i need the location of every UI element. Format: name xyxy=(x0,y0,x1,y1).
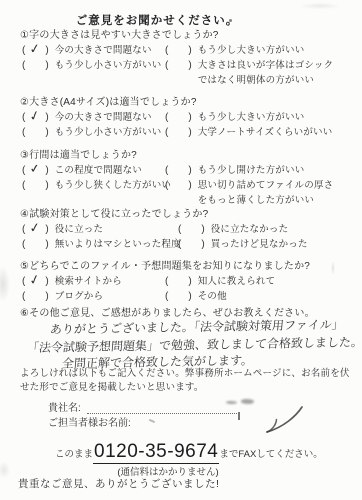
option: ()ブログから xyxy=(22,289,165,304)
option-grid: (✓)役に立った ()役に立たなかった ()無いよりはマシといった程度 ()買っ… xyxy=(20,222,356,252)
paren-close: ) xyxy=(188,110,191,125)
paren-close: ) xyxy=(45,222,48,237)
paren-open: ( xyxy=(22,125,25,140)
scan-smudge xyxy=(238,412,240,420)
paren-open: ( xyxy=(165,163,168,178)
question-heading: ③行間は適当でしょうか? xyxy=(20,148,356,163)
fax-suffix: までFAXしてください。 xyxy=(219,446,322,460)
option-label: もう少し大きい方がいい xyxy=(198,43,305,58)
paren-close: ) xyxy=(45,110,48,125)
paren-open: ( xyxy=(22,58,25,73)
option: (✓)今の大きさで問題ない xyxy=(22,43,165,58)
option: ()その他 xyxy=(165,289,356,304)
fax-number: 0120-35-9674 xyxy=(93,441,219,464)
paren-close: ) xyxy=(188,178,191,193)
option-label: その他 xyxy=(198,289,227,304)
option: ()もう少し狭くした方がいい xyxy=(22,178,165,208)
paren-close: ) xyxy=(188,274,191,289)
paren-close: ) xyxy=(188,289,191,304)
option-label: もう少し小さい方がいい xyxy=(55,58,162,73)
option: ()無いよりはマシといった程度 xyxy=(22,237,178,252)
paren-open: ( xyxy=(165,178,168,193)
paren-close: ) xyxy=(45,237,48,252)
closing-note: よろしければ以下もご記入ください。弊事務所ホームページに、お名前を伏せた形でご意… xyxy=(20,367,356,395)
scan-smudge xyxy=(149,419,155,423)
option: ()もう少し小さい方がいい xyxy=(22,58,165,88)
fax-instruction: このまま 0120-35-9674 までFAXしてください。 xyxy=(55,441,323,464)
option: ()役に立たなかった xyxy=(178,222,356,237)
option-label: 知人に教えられて xyxy=(198,274,276,289)
paren-open: ( xyxy=(22,289,25,304)
option-grid: (✓)今の大きさで問題ない ()もう少し大きい方がいい ()もう少し小さい方がい… xyxy=(20,110,356,140)
paren-open: ( xyxy=(165,274,168,289)
scan-smudge xyxy=(226,401,237,404)
thanks-message: 貴重なご意見、ありがとうございました! xyxy=(18,476,219,491)
option: (✓)今の大きさで問題ない xyxy=(22,110,165,125)
paren-open: ( xyxy=(165,43,168,58)
option: ()もう少し大きい方がいい xyxy=(165,110,356,125)
option-grid: (✓)検索サイトから ()知人に教えられて ()ブログから ()その他 xyxy=(20,274,356,304)
contact-name-row: ご担当者様お名前: xyxy=(48,414,131,429)
option-label: 無いよりはマシといった程度 xyxy=(55,237,181,252)
paren-close: ) xyxy=(188,163,191,178)
question-heading: ④試験対策として役に立ったでしょうか? xyxy=(20,207,356,222)
question-block-4: ④試験対策として役に立ったでしょうか? (✓)役に立った ()役に立たなかった … xyxy=(20,207,356,252)
paren-close: ) xyxy=(45,289,48,304)
question-heading: ⑤どちらでこのファイル・予想問題集をお知りになりましたか? xyxy=(20,259,356,274)
paren-close: ) xyxy=(188,58,191,73)
checkmark-icon: ✓ xyxy=(24,271,47,289)
option: (✓)役に立った xyxy=(22,222,178,237)
checkmark-icon: ✓ xyxy=(24,41,46,58)
option: ()思い切り詰めてファイルの厚さ をもっと薄くした方がいい xyxy=(165,178,356,208)
company-name-row: 貴社名: xyxy=(48,399,239,414)
question-heading: ②大きさ(A4サイズ)は適当でしょうか? xyxy=(20,95,356,110)
paren-open: ( xyxy=(178,222,181,237)
option-label: もう少し小さい方がいい xyxy=(55,125,162,140)
paren-close: ) xyxy=(201,237,204,252)
handwritten-scribble xyxy=(256,404,306,439)
question-block-5: ⑤どちらでこのファイル・予想問題集をお知りになりましたか? (✓)検索サイトから… xyxy=(20,259,356,304)
paren-open: ( xyxy=(165,125,168,140)
option-label: ブログから xyxy=(55,289,104,304)
paren-close: ) xyxy=(201,222,204,237)
option-label: もう少し開けた方がいい xyxy=(198,163,305,178)
option: ()大きさは良いが字体はゴシック ではなく明朝体の方がいい xyxy=(165,58,356,88)
option-label: 大きさは良いが字体はゴシック ではなく明朝体の方がいい xyxy=(198,58,334,88)
paren-open: ( xyxy=(165,58,168,73)
paren-close: ) xyxy=(188,125,191,140)
option-label: この程度で問題ない xyxy=(55,163,142,178)
page-title: ご意見をお聞かせください。 xyxy=(0,12,338,28)
option-label: 大学ノートサイズくらいがいい xyxy=(198,125,333,140)
paren-open: ( xyxy=(22,178,25,193)
option: ()大学ノートサイズくらいがいい xyxy=(165,125,356,140)
option-label: もう少し大きい方がいい xyxy=(198,110,305,125)
option: ()もう少し開けた方がいい xyxy=(165,163,356,178)
scan-speck xyxy=(229,19,232,22)
question-block-3: ③行間は適当でしょうか? (✓)この程度で問題ない ()もう少し開けた方がいい … xyxy=(20,148,356,208)
option-label: もう少し狭くした方がいい xyxy=(55,178,171,193)
scan-smudge xyxy=(241,399,254,404)
question-block-2: ②大きさ(A4サイズ)は適当でしょうか? (✓)今の大きさで問題ない ()もう少… xyxy=(20,95,356,140)
paren-close: ) xyxy=(45,125,48,140)
option-label: 検索サイトから xyxy=(55,274,122,289)
checkmark-icon: ✓ xyxy=(24,107,47,126)
question-block-1: ①字の大きさは見やすい大きさでしょうか? (✓)今の大きさで問題ない ()もう少… xyxy=(20,28,356,88)
checkmark-icon: ✓ xyxy=(24,220,46,237)
paren-open: ( xyxy=(22,237,25,252)
option: (✓)この程度で問題ない xyxy=(22,163,165,178)
paren-close: ) xyxy=(45,43,48,58)
paren-close: ) xyxy=(45,178,48,193)
contact-name-label: ご担当者様お名前: xyxy=(48,414,131,429)
company-name-dotted-line xyxy=(87,402,239,414)
option-label: 役に立った xyxy=(55,222,104,237)
paren-open: ( xyxy=(165,110,168,125)
option: ()買ったけど見なかった xyxy=(178,237,356,252)
paren-close: ) xyxy=(45,58,48,73)
paren-close: ) xyxy=(188,43,191,58)
checkmark-icon: ✓ xyxy=(24,161,46,177)
paren-open: ( xyxy=(178,237,181,252)
option-label: 役に立たなかった xyxy=(211,222,289,237)
scanned-questionnaire-page: ご意見をお聞かせください。 ①字の大きさは見やすい大きさでしょうか? (✓)今の… xyxy=(0,0,362,500)
option-label: 今の大きさで問題ない xyxy=(55,43,152,58)
option: ()もう少し大きい方がいい xyxy=(165,43,356,58)
company-name-label: 貴社名: xyxy=(48,399,81,414)
paren-open: ( xyxy=(165,289,168,304)
option-label: 今の大きさで問題ない xyxy=(55,110,152,125)
option: ()もう少し小さい方がいい xyxy=(22,125,165,140)
fax-prefix: このまま xyxy=(55,446,93,460)
option: ()知人に教えられて xyxy=(165,274,356,289)
paren-close: ) xyxy=(45,274,48,289)
option-label: 思い切り詰めてファイルの厚さ をもっと薄くした方がいい xyxy=(198,178,334,208)
option-label: 買ったけど見なかった xyxy=(211,237,308,252)
option-grid: (✓)今の大きさで問題ない ()もう少し大きい方がいい ()もう少し小さい方がい… xyxy=(20,43,356,88)
option: (✓)検索サイトから xyxy=(22,274,165,289)
option-grid: (✓)この程度で問題ない ()もう少し開けた方がいい ()もう少し狭くした方がい… xyxy=(20,163,356,208)
question-heading: ①字の大きさは見やすい大きさでしょうか? xyxy=(20,28,356,43)
